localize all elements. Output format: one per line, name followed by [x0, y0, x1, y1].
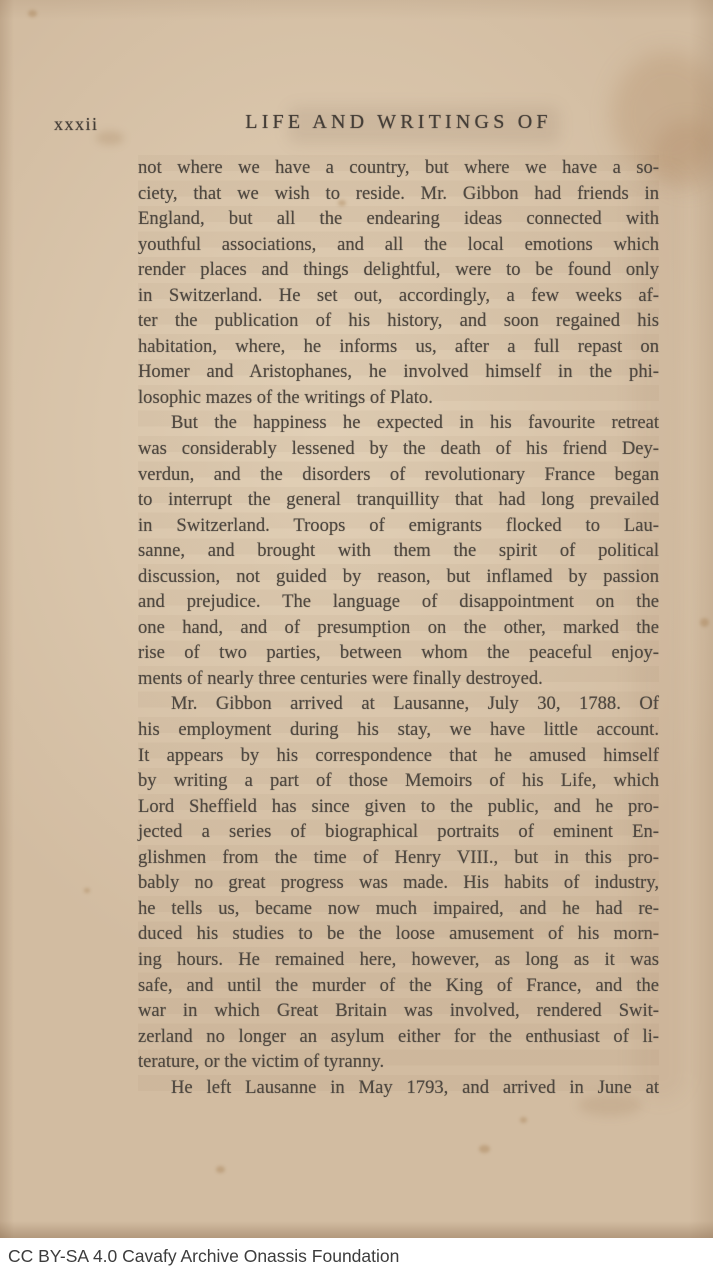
- running-head-title: LIFE AND WRITINGS OF: [138, 111, 659, 134]
- text-line: ciety, that we wish to reside. Mr. Gibbo…: [138, 181, 659, 207]
- scanned-book-page: xxxii LIFE AND WRITINGS OF not where we …: [0, 0, 713, 1275]
- text-line: ments of nearly three centuries were fin…: [138, 666, 659, 692]
- text-line: He left Lausanne in May 1793, and arrive…: [138, 1075, 659, 1101]
- text-line: losophic mazes of the writings of Plato.: [138, 385, 659, 411]
- text-line: It appears by his correspondence that he…: [138, 743, 659, 769]
- text-line: Lord Sheffield has since given to the pu…: [138, 794, 659, 820]
- text-line: in Switzerland. He set out, accordingly,…: [138, 283, 659, 309]
- text-line: ing hours. He remained here, however, as…: [138, 947, 659, 973]
- foxing-spot: [479, 1145, 490, 1153]
- text-line: Homer and Aristophanes, he involved hims…: [138, 359, 659, 385]
- text-line: Mr. Gibbon arrived at Lausanne, July 30,…: [138, 691, 659, 717]
- text-line: discussion, not guided by reason, but in…: [138, 564, 659, 590]
- text-line: one hand, and of presumption on the othe…: [138, 615, 659, 641]
- body-text: not where we have a country, but where w…: [138, 155, 659, 1100]
- text-line: his employment during his stay, we have …: [138, 717, 659, 743]
- text-line: war in which Great Britain was involved,…: [138, 998, 659, 1024]
- text-line: render places and things delightful, wer…: [138, 257, 659, 283]
- page-number: xxxii: [54, 114, 99, 135]
- text-line: rise of two parties, between whom the pe…: [138, 640, 659, 666]
- text-line: duced his studies to be the loose amusem…: [138, 921, 659, 947]
- text-line: youthful associations, and all the local…: [138, 232, 659, 258]
- text-line: glishmen from the time of Henry VIII., b…: [138, 845, 659, 871]
- text-line: terature, or the victim of tyranny.: [138, 1049, 659, 1075]
- foxing-spot: [28, 10, 37, 17]
- text-line: by writing a part of those Memoirs of hi…: [138, 768, 659, 794]
- text-line: not where we have a country, but where w…: [138, 155, 659, 181]
- license-text: CC BY-SA 4.0 Cavafy Archive Onassis Foun…: [8, 1246, 399, 1267]
- text-line: England, but all the endearing ideas con…: [138, 206, 659, 232]
- text-line: to interrupt the general tranquillity th…: [138, 487, 659, 513]
- paper-scan: xxxii LIFE AND WRITINGS OF not where we …: [0, 0, 713, 1238]
- paper-stain: [652, 120, 713, 190]
- foxing-spot: [84, 888, 90, 893]
- text-line: zerland no longer an asylum either for t…: [138, 1024, 659, 1050]
- text-line: sanne, and brought with them the spirit …: [138, 538, 659, 564]
- text-line: in Switzerland. Troops of emigrants floc…: [138, 513, 659, 539]
- text-line: habitation, where, he informs us, after …: [138, 334, 659, 360]
- text-line: bably no great progress was made. His ha…: [138, 870, 659, 896]
- text-line: But the happiness he expected in his fav…: [138, 410, 659, 436]
- text-line: was considerably lessened by the death o…: [138, 436, 659, 462]
- text-line: verdun, and the disorders of revolutiona…: [138, 462, 659, 488]
- text-line: safe, and until the murder of the King o…: [138, 973, 659, 999]
- foxing-spot: [216, 1166, 225, 1173]
- foxing-spot: [700, 618, 709, 627]
- text-line: and prejudice. The language of disappoin…: [138, 589, 659, 615]
- text-line: jected a series of biographical portrait…: [138, 819, 659, 845]
- paper-stain: [96, 131, 124, 145]
- foxing-spot: [520, 1117, 527, 1123]
- text-line: he tells us, became now much impaired, a…: [138, 896, 659, 922]
- license-bar: CC BY-SA 4.0 Cavafy Archive Onassis Foun…: [0, 1238, 713, 1275]
- text-line: ter the publication of his history, and …: [138, 308, 659, 334]
